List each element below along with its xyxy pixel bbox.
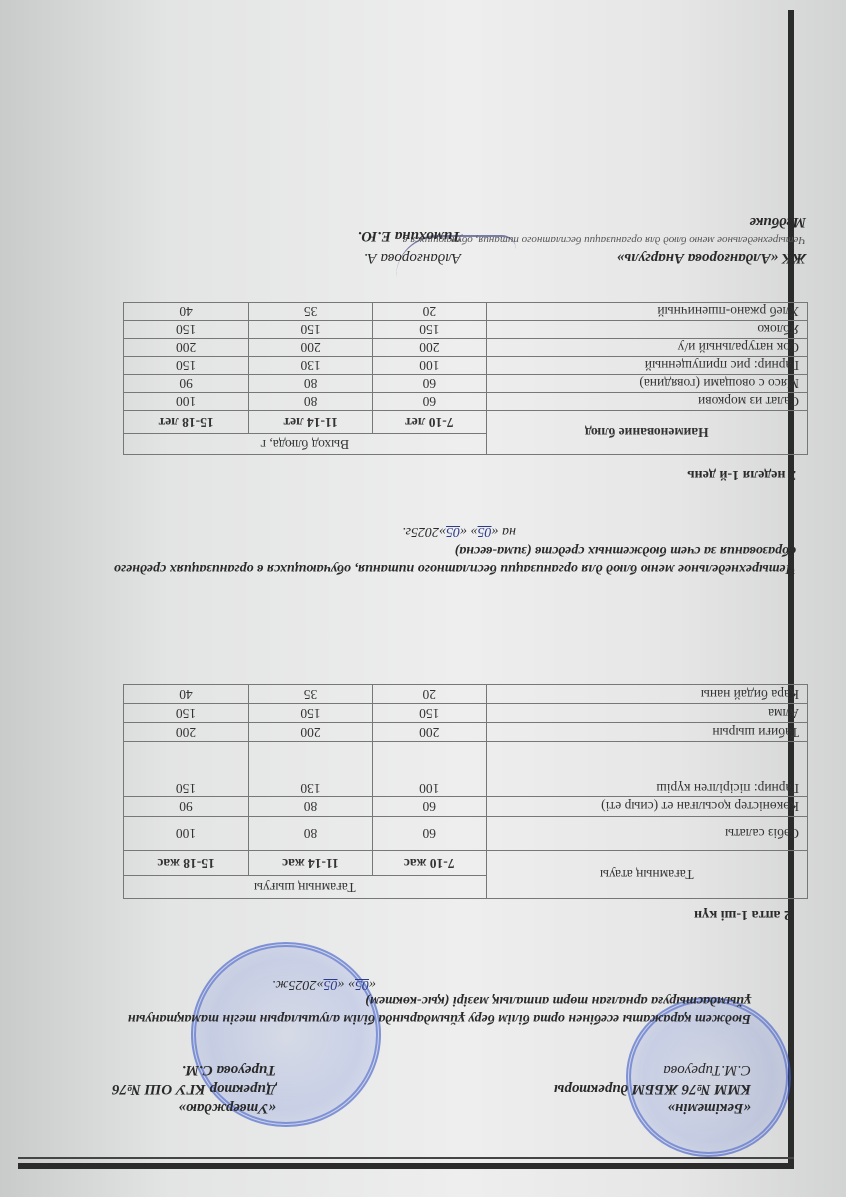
footer-role: Медбике: [403, 213, 806, 231]
table-row: Гарнир: рис припущенный 100 130 150: [124, 357, 808, 375]
footer-note: Четырехнедельное меню блюд для организац…: [403, 231, 806, 249]
header-dish-name: Тағамның атауы: [486, 851, 807, 899]
header-dish-name: Наименование блюд: [486, 411, 807, 455]
table-row: Мясо с овощами (говядина) 60 80 90: [124, 375, 808, 393]
approval-name: С.М.Тиреуова: [554, 1060, 751, 1079]
approval-position: КММ №76 ЖББМ директоры: [554, 1079, 751, 1098]
page-border-left: [788, 10, 794, 1169]
approval-label: «Утверждаю»: [112, 1098, 276, 1117]
footer-signatories-left: ЖК «Алданғорова Анаргуль» Четырехнедельн…: [403, 213, 806, 267]
approval-name: Тиреуова С.М.: [112, 1060, 276, 1079]
header-age: 15-18 жас: [124, 851, 249, 876]
footer-signatories-right: Алданғорова А. Тимохина Е.Ю.: [358, 227, 461, 267]
week-day-label-ru: 2 неделя 1-й день: [687, 466, 796, 482]
date-month: 05: [324, 977, 338, 992]
header-age: 11-14 лет: [249, 411, 373, 434]
table-row: Сәбіз салаты 60 80 100: [124, 817, 808, 851]
header-age: 15-18 лет: [124, 411, 249, 434]
header-age: 7-10 лет: [373, 411, 486, 434]
menu-date-kz: «05» «05»2025ж.: [272, 976, 376, 992]
table-row: Хлеб ржано-пшеничный 20 35 40: [124, 303, 808, 321]
header-age: 11-14 жас: [249, 851, 373, 876]
date-month: 05: [446, 524, 460, 539]
approval-block-kz: «Бекітемін» КММ №76 ЖББМ директоры С.М.Т…: [554, 1060, 751, 1117]
header-yield: Выход блюда, г: [124, 434, 487, 455]
table-row: Гарнир: пісірілген күріш 100 130 150: [124, 742, 808, 797]
menu-title-kz: Бюджет қаражаты есебінен орта білім беру…: [75, 991, 751, 1027]
footer-name: Тимохина Е.Ю.: [358, 227, 461, 245]
approval-position: Директор КГУ ОШ №76: [112, 1079, 276, 1098]
table-row: Алма 150 150 150: [124, 704, 808, 723]
menu-table-kz: Тағамның атауы Тағамның шығуы 7-10 жас 1…: [123, 684, 808, 899]
footer-org: ЖК «Алданғорова Анаргуль»: [403, 249, 806, 267]
menu-table-ru: Наименование блюд Выход блюда, г 7-10 ле…: [123, 302, 808, 455]
page-border-top: [18, 1163, 794, 1169]
menu-date-ru: на «05» «05»2025г.: [402, 523, 516, 539]
approval-block-ru: «Утверждаю» Директор КГУ ОШ №76 Тиреуова…: [112, 1060, 276, 1117]
table-row: Көкөністер қосылған ет (сиыр еті) 60 80 …: [124, 797, 808, 817]
table-row: Сок натуральный и/у 200 200 200: [124, 339, 808, 357]
header-yield: Тағамның шығуы: [124, 876, 487, 899]
week-day-label-kz: 2 апта 1-ші күн: [694, 906, 791, 922]
table-row: Табиғи шырын 200 200 200: [124, 723, 808, 742]
table-row: Салат из моркови 60 80 100: [124, 393, 808, 411]
date-day: 05: [478, 524, 492, 539]
document-sheet: «Бекітемін» КММ №76 ЖББМ директоры С.М.Т…: [0, 0, 846, 1197]
date-day: 05: [355, 977, 369, 992]
table-row: Яблоко 150 150 150: [124, 321, 808, 339]
menu-title-ru: Четырехнедельное меню блюд для организац…: [60, 541, 796, 577]
footer-name: Алданғорова А.: [358, 249, 461, 267]
table-row: Қара бидай наны 20 35 40: [124, 685, 808, 704]
page-border-top-inner: [18, 1157, 794, 1159]
approval-label: «Бекітемін»: [554, 1098, 751, 1117]
header-age: 7-10 жас: [372, 851, 486, 876]
